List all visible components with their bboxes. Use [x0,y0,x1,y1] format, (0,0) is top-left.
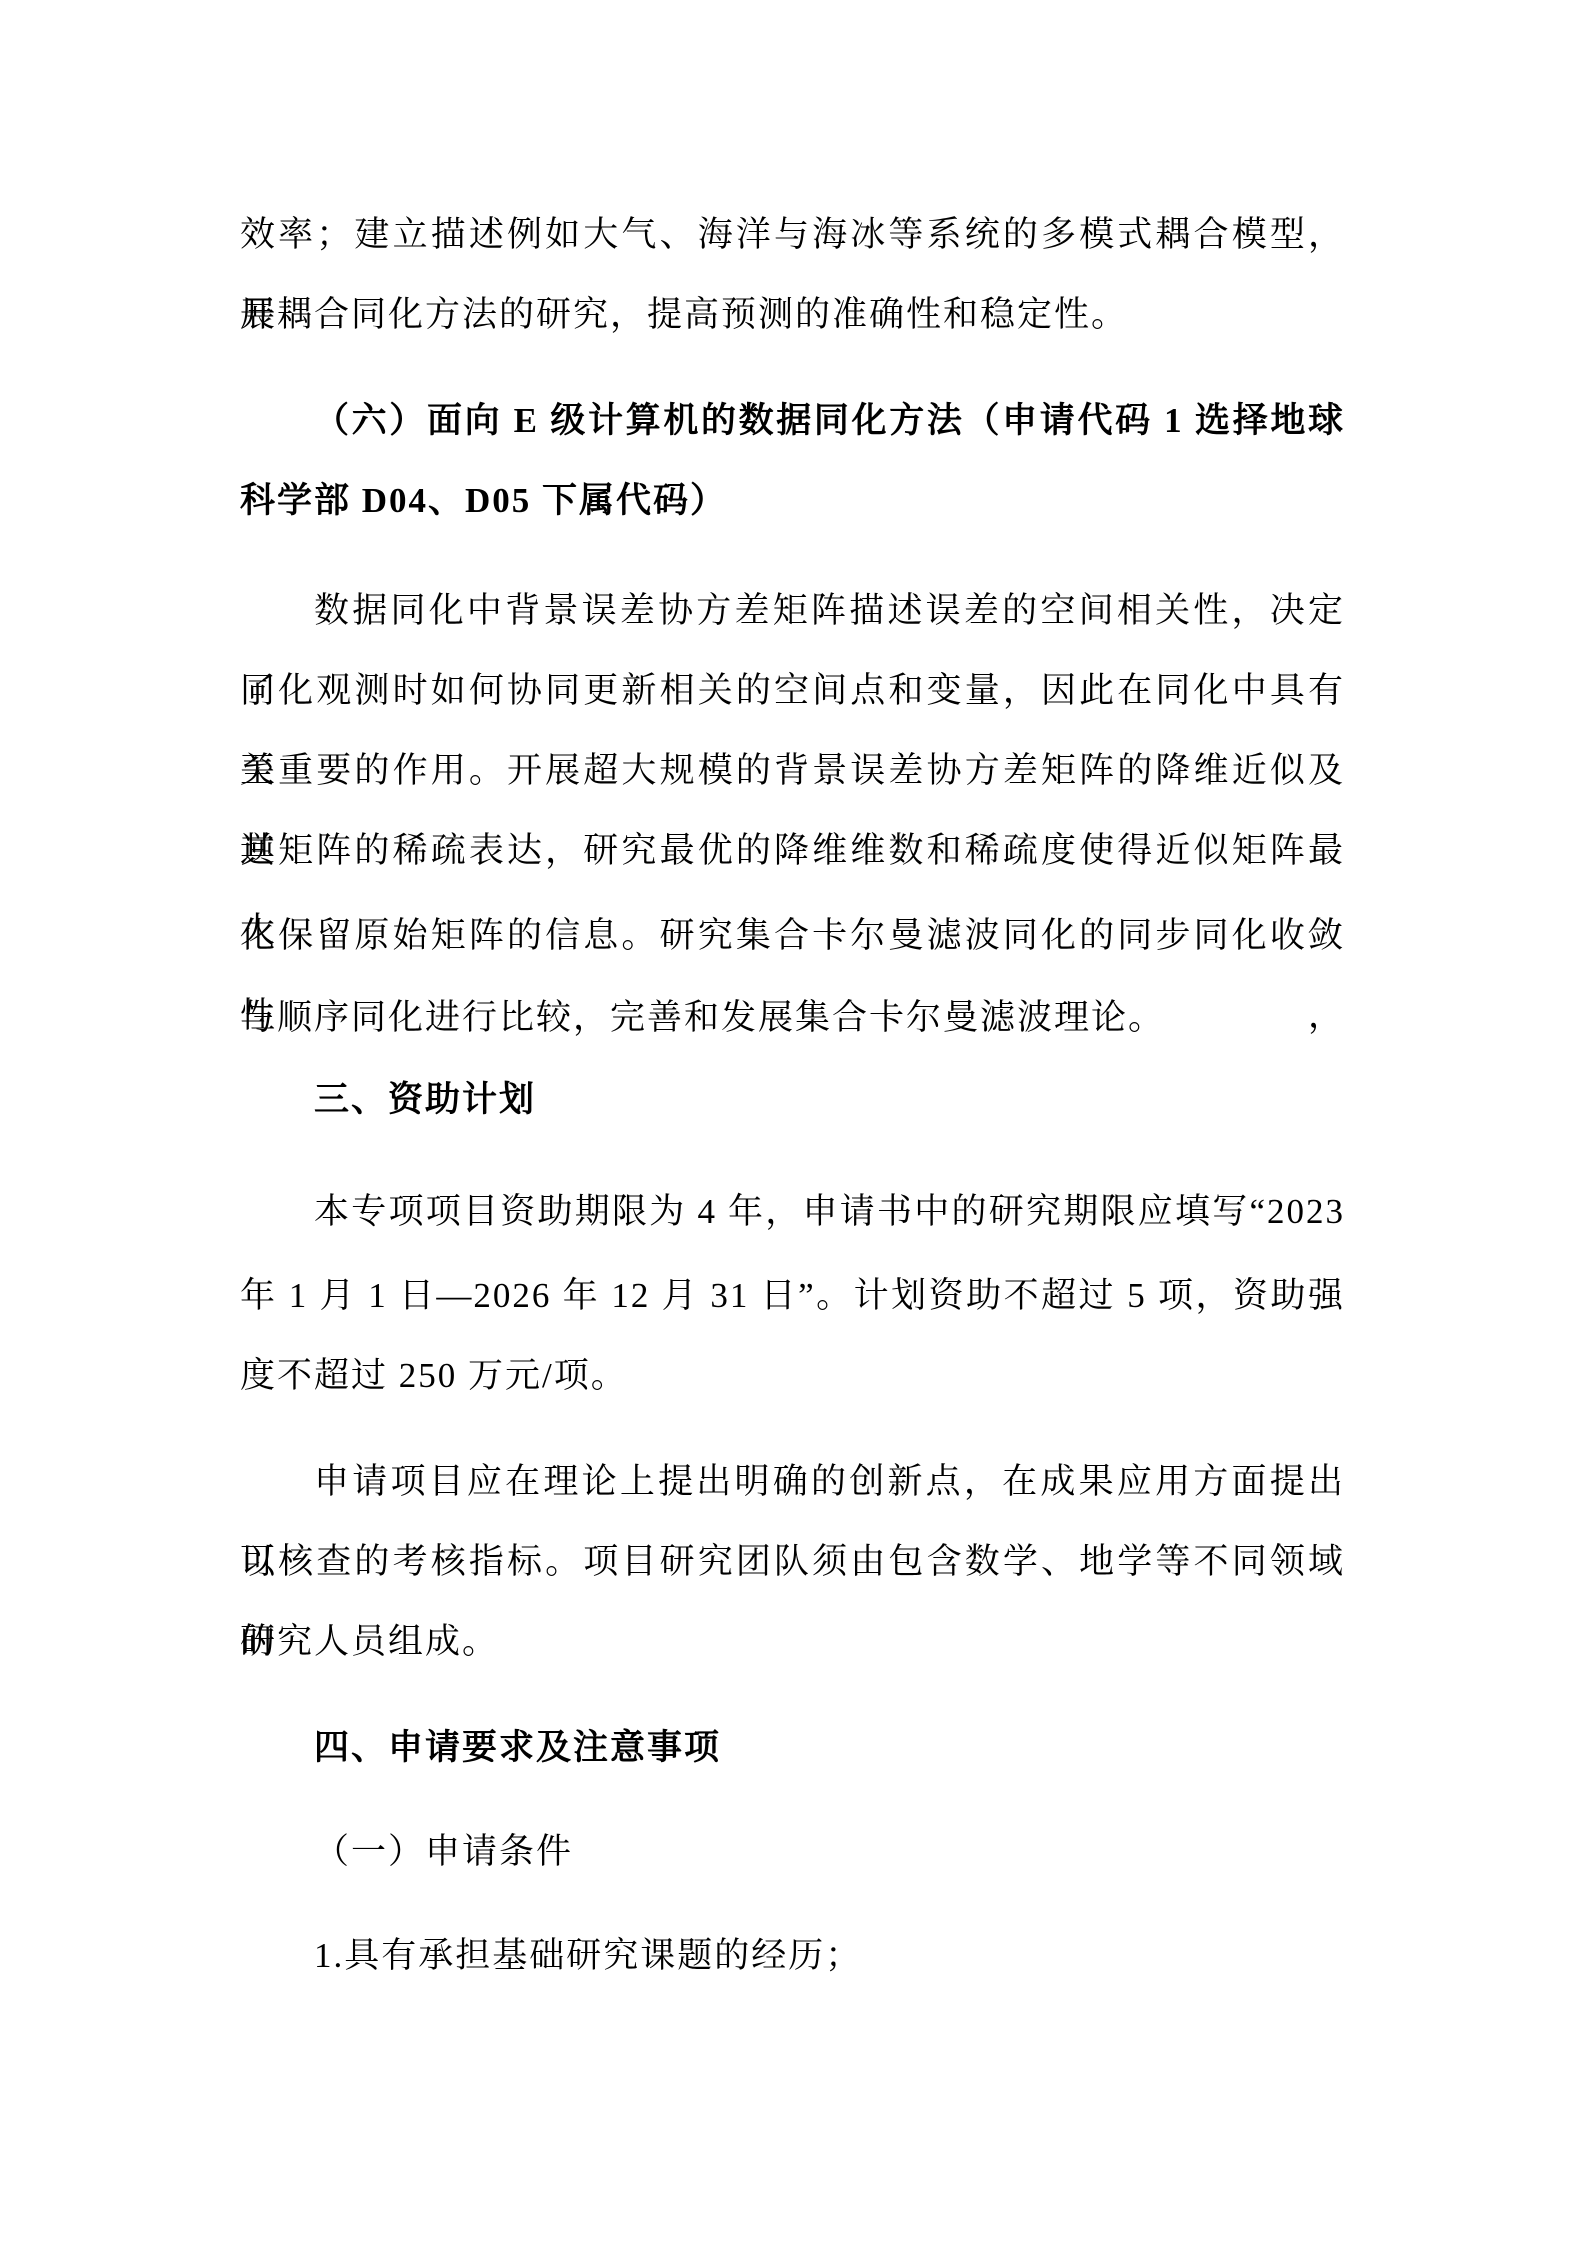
heading-funding-plan: 三、资助计划 [240,1060,1345,1140]
document-page: 效率；建立描述例如大气、海洋与海冰等系统的多模式耦合模型，开 展耦合同化方法的研… [0,0,1587,2245]
heading-section-6-line-2: 科学部 D04、D05 下属代码） [240,461,1345,541]
heading-application-conditions: （一）申请条件 [240,1812,1345,1892]
paragraph-line: 以核查的考核指标。项目研究团队须由包含数学、地学等不同领域的 [240,1522,1345,1602]
paragraph-line: 本专项项目资助期限为 4 年，申请书中的研究期限应填写“2023 [240,1172,1345,1252]
paragraph-line: 同化观测时如何协同更新相关的空间点和变量，因此在同化中具有至 [240,651,1345,731]
paragraph-line: 效率；建立描述例如大气、海洋与海冰等系统的多模式耦合模型，开 [240,195,1345,275]
heading-application-requirements: 四、申请要求及注意事项 [240,1708,1345,1788]
paragraph-line: 数据同化中背景误差协方差矩阵描述误差的空间相关性，决定了 [240,571,1345,651]
paragraph-line: 化保留原始矩阵的信息。研究集合卡尔曼滤波同化的同步同化收敛性， [240,896,1345,976]
paragraph-line: 年 1 月 1 日—2026 年 12 月 31 日”。计划资助不超过 5 项，… [240,1256,1345,1336]
paragraph-line: 研究人员组成。 [240,1602,1345,1682]
paragraph-line: 展耦合同化方法的研究，提高预测的准确性和稳定性。 [240,275,1345,355]
heading-section-6-line-1: （六）面向 E 级计算机的数据同化方法（申请代码 1 选择地球 [240,381,1345,461]
paragraph-line: 关重要的作用。开展超大规模的背景误差协方差矩阵的降维近似及其 [240,731,1345,811]
item-condition-1: 1.具有承担基础研究课题的经历； [240,1916,1345,1996]
paragraph-line: 逆矩阵的稀疏表达，研究最优的降维维数和稀疏度使得近似矩阵最大 [240,811,1345,891]
paragraph-line: 度不超过 250 万元/项。 [240,1336,1345,1416]
paragraph-line: 申请项目应在理论上提出明确的创新点，在成果应用方面提出可 [240,1442,1345,1522]
